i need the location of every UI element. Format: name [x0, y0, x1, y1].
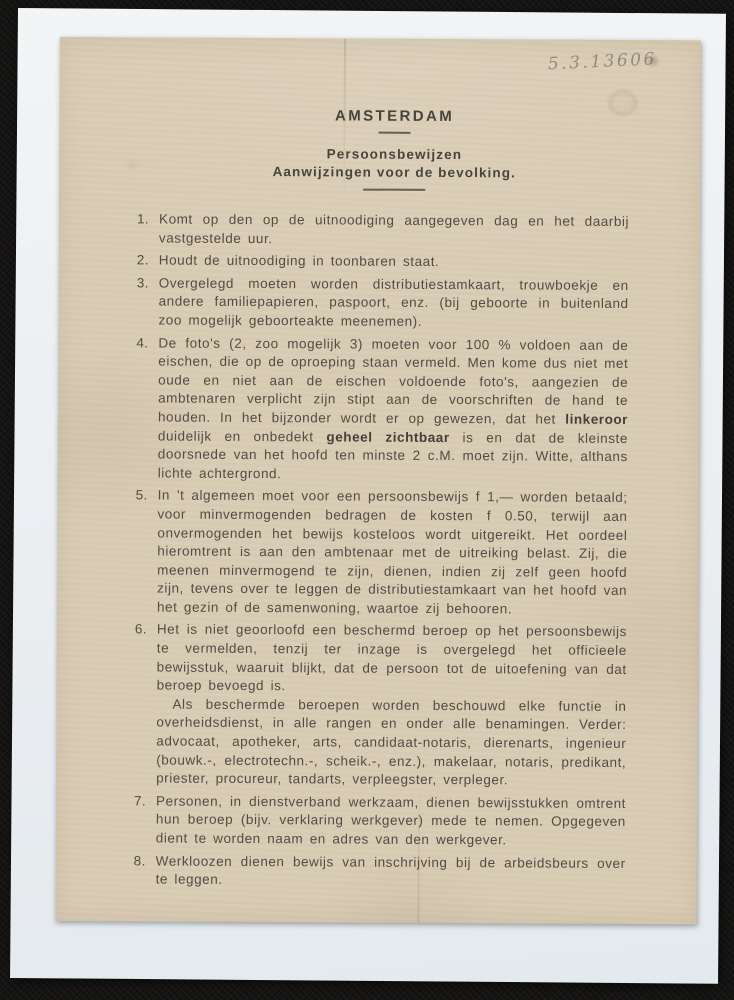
list-item: 5.In 't algemeen moet voor een persoonsb…	[157, 487, 628, 620]
item-number: 6.	[135, 621, 147, 640]
body-text: De foto's (2, zoo mogelijk 3) moeten voo…	[158, 335, 628, 427]
title-divider	[378, 132, 410, 134]
item-number: 3.	[137, 274, 149, 293]
body-text: Personen, in dienstverband werkzaam, die…	[156, 793, 626, 847]
item-paragraph: Houdt de uitnoodiging in toonbaren staat…	[159, 252, 629, 273]
list-item: 1.Komt op den op de uitnoodiging aangege…	[159, 211, 629, 251]
pencil-archival-number: 5.3.13606	[547, 49, 657, 74]
pencil-scribble	[645, 53, 662, 69]
list-item: 4.De foto's (2, zoo mogelijk 3) moeten v…	[158, 334, 629, 485]
item-paragraph: Overgelegd moeten worden distributiestam…	[158, 274, 628, 332]
item-paragraph: De foto's (2, zoo mogelijk 3) moeten voo…	[158, 334, 629, 485]
body-text: In 't algemeen moet voor een persoonsbew…	[157, 488, 628, 616]
subtitle-divider	[363, 189, 425, 191]
list-item: 7.Personen, in dienstverband werkzaam, d…	[156, 792, 626, 850]
list-item: 3.Overgelegd moeten worden distributiest…	[158, 274, 628, 332]
body-text: Werkloozen dienen bewijs van inschrijvin…	[156, 853, 626, 887]
body-text: Het is niet geoorloofd een beschermd ber…	[157, 622, 627, 693]
document-page: 5.3.13606 AMSTERDAM Persoonsbewijzen Aan…	[55, 37, 701, 924]
item-number: 5.	[136, 487, 148, 506]
item-number: 1.	[137, 210, 149, 229]
body-text: Komt op den op de uitnoodiging aangegeve…	[159, 212, 629, 246]
body-text: Overgelegd moeten worden distributiestam…	[158, 275, 628, 329]
subtitle-block: Persoonsbewijzen Aanwijzingen voor de be…	[159, 145, 629, 183]
page-title: AMSTERDAM	[160, 108, 630, 126]
document-header: AMSTERDAM Persoonsbewijzen Aanwijzingen …	[159, 108, 629, 192]
item-number: 4.	[136, 334, 148, 353]
item-paragraph: Als beschermde beroepen worden beschouwd…	[156, 695, 626, 790]
scan-background: 5.3.13606 AMSTERDAM Persoonsbewijzen Aan…	[0, 0, 734, 1000]
list-item: 8.Werkloozen dienen bewijs van inschrijv…	[156, 852, 626, 892]
emphasized-text: linkeroor	[565, 412, 628, 427]
item-paragraph: Werkloozen dienen bewijs van inschrijvin…	[156, 852, 626, 892]
item-number: 8.	[134, 852, 146, 871]
subtitle-line-2: Aanwijzingen voor de bevolking.	[159, 163, 629, 183]
body-text: Houdt de uitnoodiging in toonbaren staat…	[159, 253, 440, 269]
list-item: 6.Het is niet geoorloofd een beschermd b…	[156, 621, 627, 791]
body-text: Als beschermde beroepen worden beschouwd…	[156, 696, 626, 787]
item-paragraph: Personen, in dienstverband werkzaam, die…	[156, 792, 626, 850]
instruction-list: 1.Komt op den op de uitnoodiging aangege…	[156, 211, 630, 892]
item-paragraph: Het is niet geoorloofd een beschermd ber…	[157, 621, 627, 698]
body-text: duidelijk en onbedekt	[158, 428, 327, 444]
item-number: 7.	[134, 792, 146, 811]
item-paragraph: Komt op den op de uitnoodiging aangegeve…	[159, 211, 629, 251]
item-number: 2.	[137, 252, 149, 271]
item-paragraph: In 't algemeen moet voor een persoonsbew…	[157, 487, 628, 620]
list-item: 2.Houdt de uitnoodiging in toonbaren sta…	[159, 252, 629, 273]
emphasized-text: geheel zichtbaar	[326, 429, 449, 445]
paper-stain	[604, 86, 642, 120]
paper-stain	[119, 155, 145, 173]
archival-number-text: 5.3.13606	[547, 49, 657, 74]
